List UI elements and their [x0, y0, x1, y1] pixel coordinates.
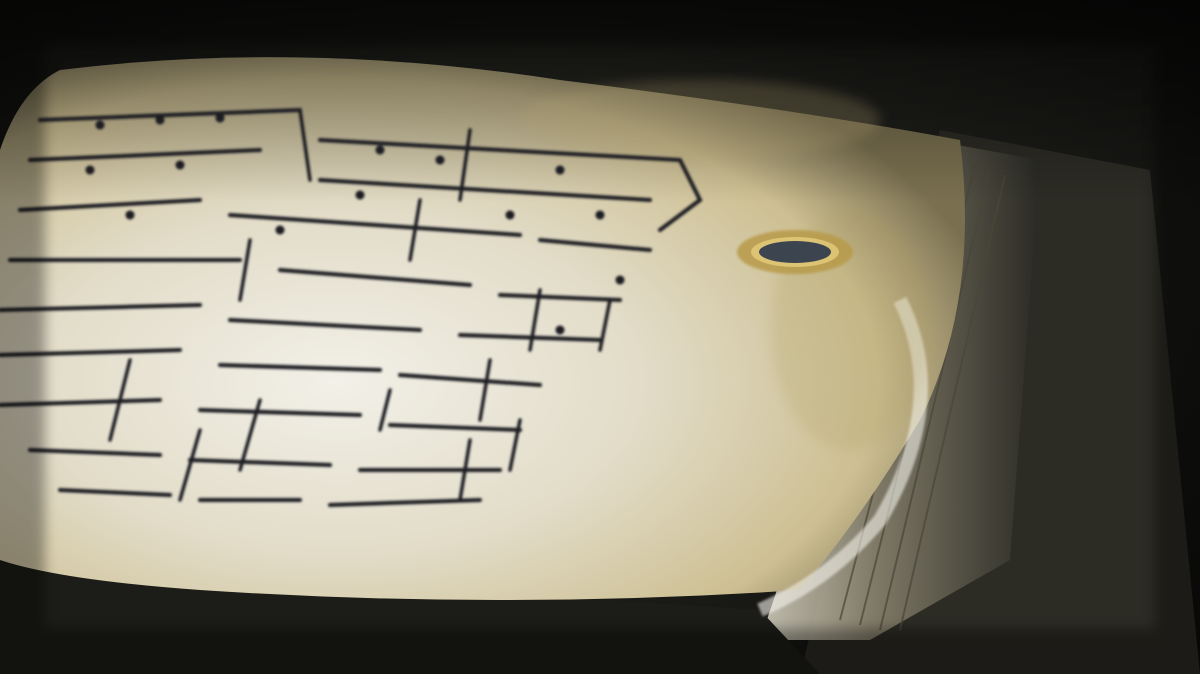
parchment-page — [0, 0, 1200, 674]
manuscript-illustration — [0, 0, 1200, 674]
gilded-rosette-ornament — [737, 230, 853, 274]
manuscript-photo: Close-up photograph of an aged parchment… — [0, 0, 1200, 674]
